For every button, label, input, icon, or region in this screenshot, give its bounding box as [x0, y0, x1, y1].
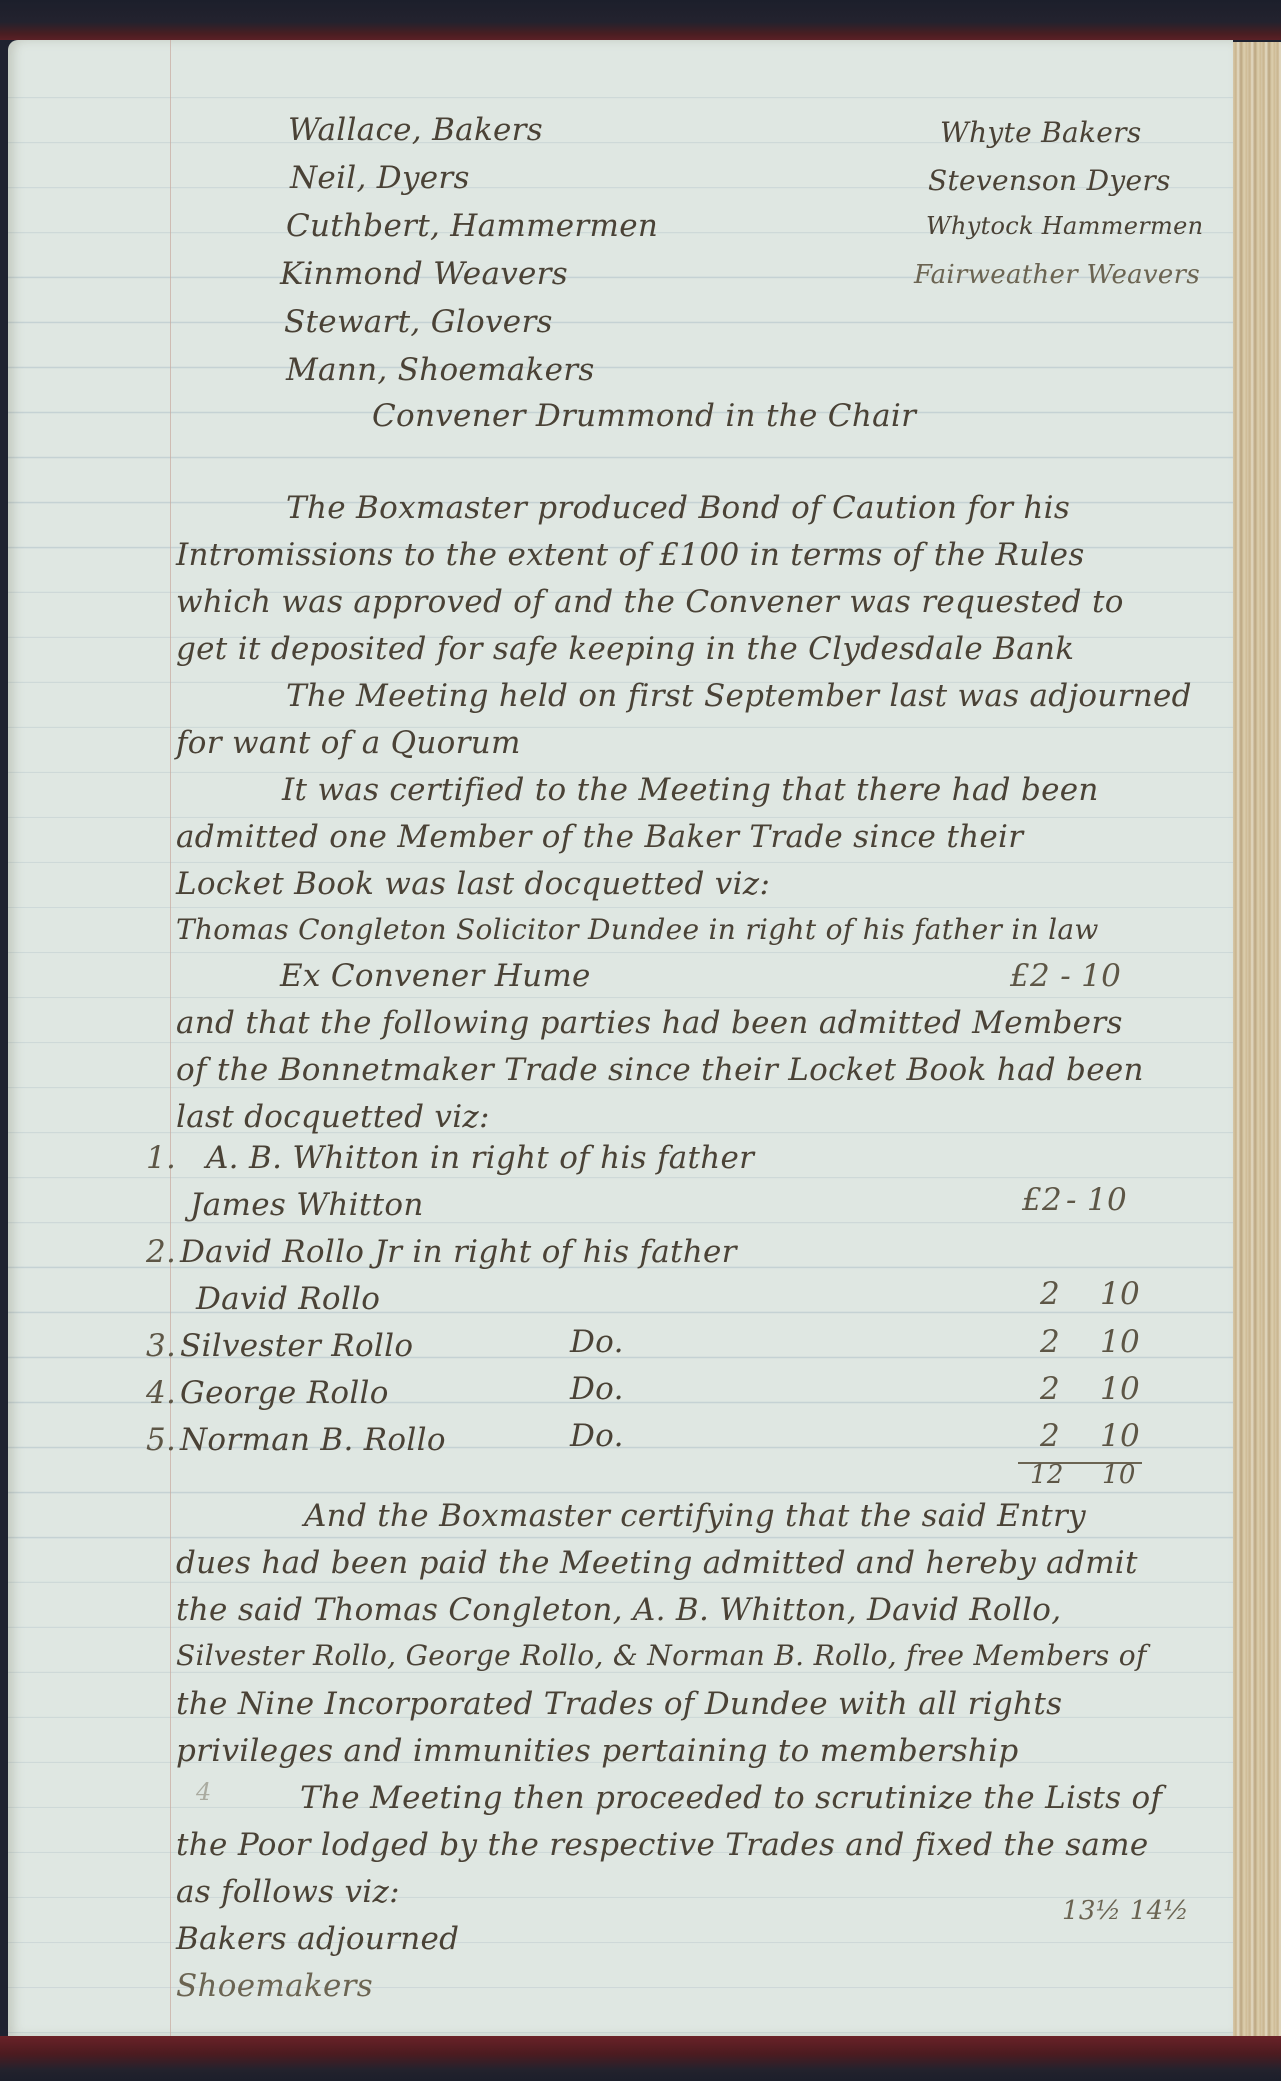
member-entry: A. B. Whitton in right of his father: [206, 1140, 754, 1176]
member-entry: James Whitton: [190, 1187, 424, 1223]
text-line: Intromissions to the extent of £100 in t…: [176, 537, 1085, 573]
total-pounds: 12: [1030, 1460, 1064, 1490]
attendee-left: Stewart, Glovers: [284, 304, 553, 340]
entry-number: 2.: [146, 1234, 176, 1270]
text-line: for want of a Quorum: [176, 725, 521, 761]
page-number: 13½ 14½: [1062, 1896, 1189, 1926]
text-line: the Nine Incorporated Trades of Dundee w…: [176, 1686, 1062, 1722]
entry-number: 4.: [146, 1375, 176, 1411]
entry-number: 1.: [146, 1140, 176, 1176]
text-line: And the Boxmaster certifying that the sa…: [304, 1498, 1086, 1534]
text-line: It was certified to the Meeting that the…: [282, 772, 1099, 808]
text-line: dues had been paid the Meeting admitted …: [176, 1545, 1138, 1581]
attendee-left: Cuthbert, Hammermen: [286, 208, 658, 244]
text-line: Silvester Rollo, George Rollo, & Norman …: [176, 1639, 1147, 1672]
ditto-mark: Do.: [570, 1371, 624, 1407]
attendee-left: Neil, Dyers: [290, 160, 470, 196]
amount-shillings: - 10: [1066, 1182, 1127, 1218]
text-line: and that the following parties had been …: [176, 1005, 1123, 1041]
ditto-mark: Do.: [570, 1324, 624, 1360]
entry-number: 3.: [146, 1328, 176, 1364]
attendee-right: Fairweather Weavers: [914, 260, 1200, 290]
amount-pounds: 2: [1040, 1324, 1060, 1360]
text-line: which was approved of and the Convener w…: [176, 584, 1124, 620]
margin-line: [170, 40, 171, 2036]
amount-shillings: 10: [1100, 1418, 1140, 1454]
attendee-left: Kinmond Weavers: [280, 256, 568, 292]
amount: £2 - 10: [1010, 958, 1121, 994]
amount-shillings: 10: [1100, 1371, 1140, 1407]
attendee-left: Wallace, Bakers: [288, 112, 543, 148]
amount-pounds: £2: [1022, 1182, 1062, 1218]
attendee-right: Whytock Hammermen: [926, 212, 1203, 240]
book-cover-top: [0, 0, 1281, 40]
text-line: The Meeting then proceeded to scrutinize…: [300, 1780, 1162, 1816]
text-line: Shoemakers: [176, 1968, 373, 2004]
attendee-right: Stevenson Dyers: [928, 164, 1171, 197]
amount-pounds: 2: [1040, 1371, 1060, 1407]
text-line: The Meeting held on first September last…: [286, 678, 1192, 714]
margin-mark: 4: [196, 1778, 212, 1806]
text-line: Bakers adjourned: [176, 1921, 459, 1957]
text-line: admitted one Member of the Baker Trade s…: [176, 819, 1023, 855]
amount-pounds: 2: [1040, 1418, 1060, 1454]
amount-shillings: 10: [1100, 1276, 1140, 1312]
member-entry: David Rollo Jr in right of his father: [180, 1234, 737, 1270]
member-entry: George Rollo: [180, 1375, 389, 1411]
text-line: as follows viz:: [176, 1874, 400, 1910]
member-entry: David Rollo: [196, 1281, 380, 1317]
text-line: privileges and immunities pertaining to …: [176, 1733, 1019, 1769]
text-line: the said Thomas Congleton, A. B. Whitton…: [176, 1592, 1061, 1628]
total-shillings: 10: [1102, 1460, 1136, 1490]
amount-shillings: 10: [1100, 1324, 1140, 1360]
entry-number: 5.: [146, 1422, 176, 1458]
member-entry: Norman B. Rollo: [180, 1422, 446, 1458]
amount-pounds: 2: [1040, 1276, 1060, 1312]
text-line: last docquetted viz:: [176, 1099, 490, 1135]
member-entry: Silvester Rollo: [180, 1328, 413, 1364]
page-edges: [1233, 42, 1281, 2036]
text-line: Ex Convener Hume: [280, 958, 591, 994]
ditto-mark: Do.: [570, 1418, 624, 1454]
book-cover-bottom: [0, 2036, 1281, 2081]
text-line: the Poor lodged by the respective Trades…: [176, 1827, 1149, 1863]
text-line: Locket Book was last docquetted viz:: [176, 866, 770, 902]
text-line: get it deposited for safe keeping in the…: [176, 631, 1074, 667]
chair-line: Convener Drummond in the Chair: [372, 398, 916, 434]
attendee-right: Whyte Bakers: [940, 116, 1142, 149]
text-line: of the Bonnetmaker Trade since their Loc…: [176, 1052, 1144, 1088]
text-line: The Boxmaster produced Bond of Caution f…: [286, 490, 1070, 526]
text-line: Thomas Congleton Solicitor Dundee in rig…: [176, 913, 1099, 946]
attendee-left: Mann, Shoemakers: [286, 352, 595, 388]
